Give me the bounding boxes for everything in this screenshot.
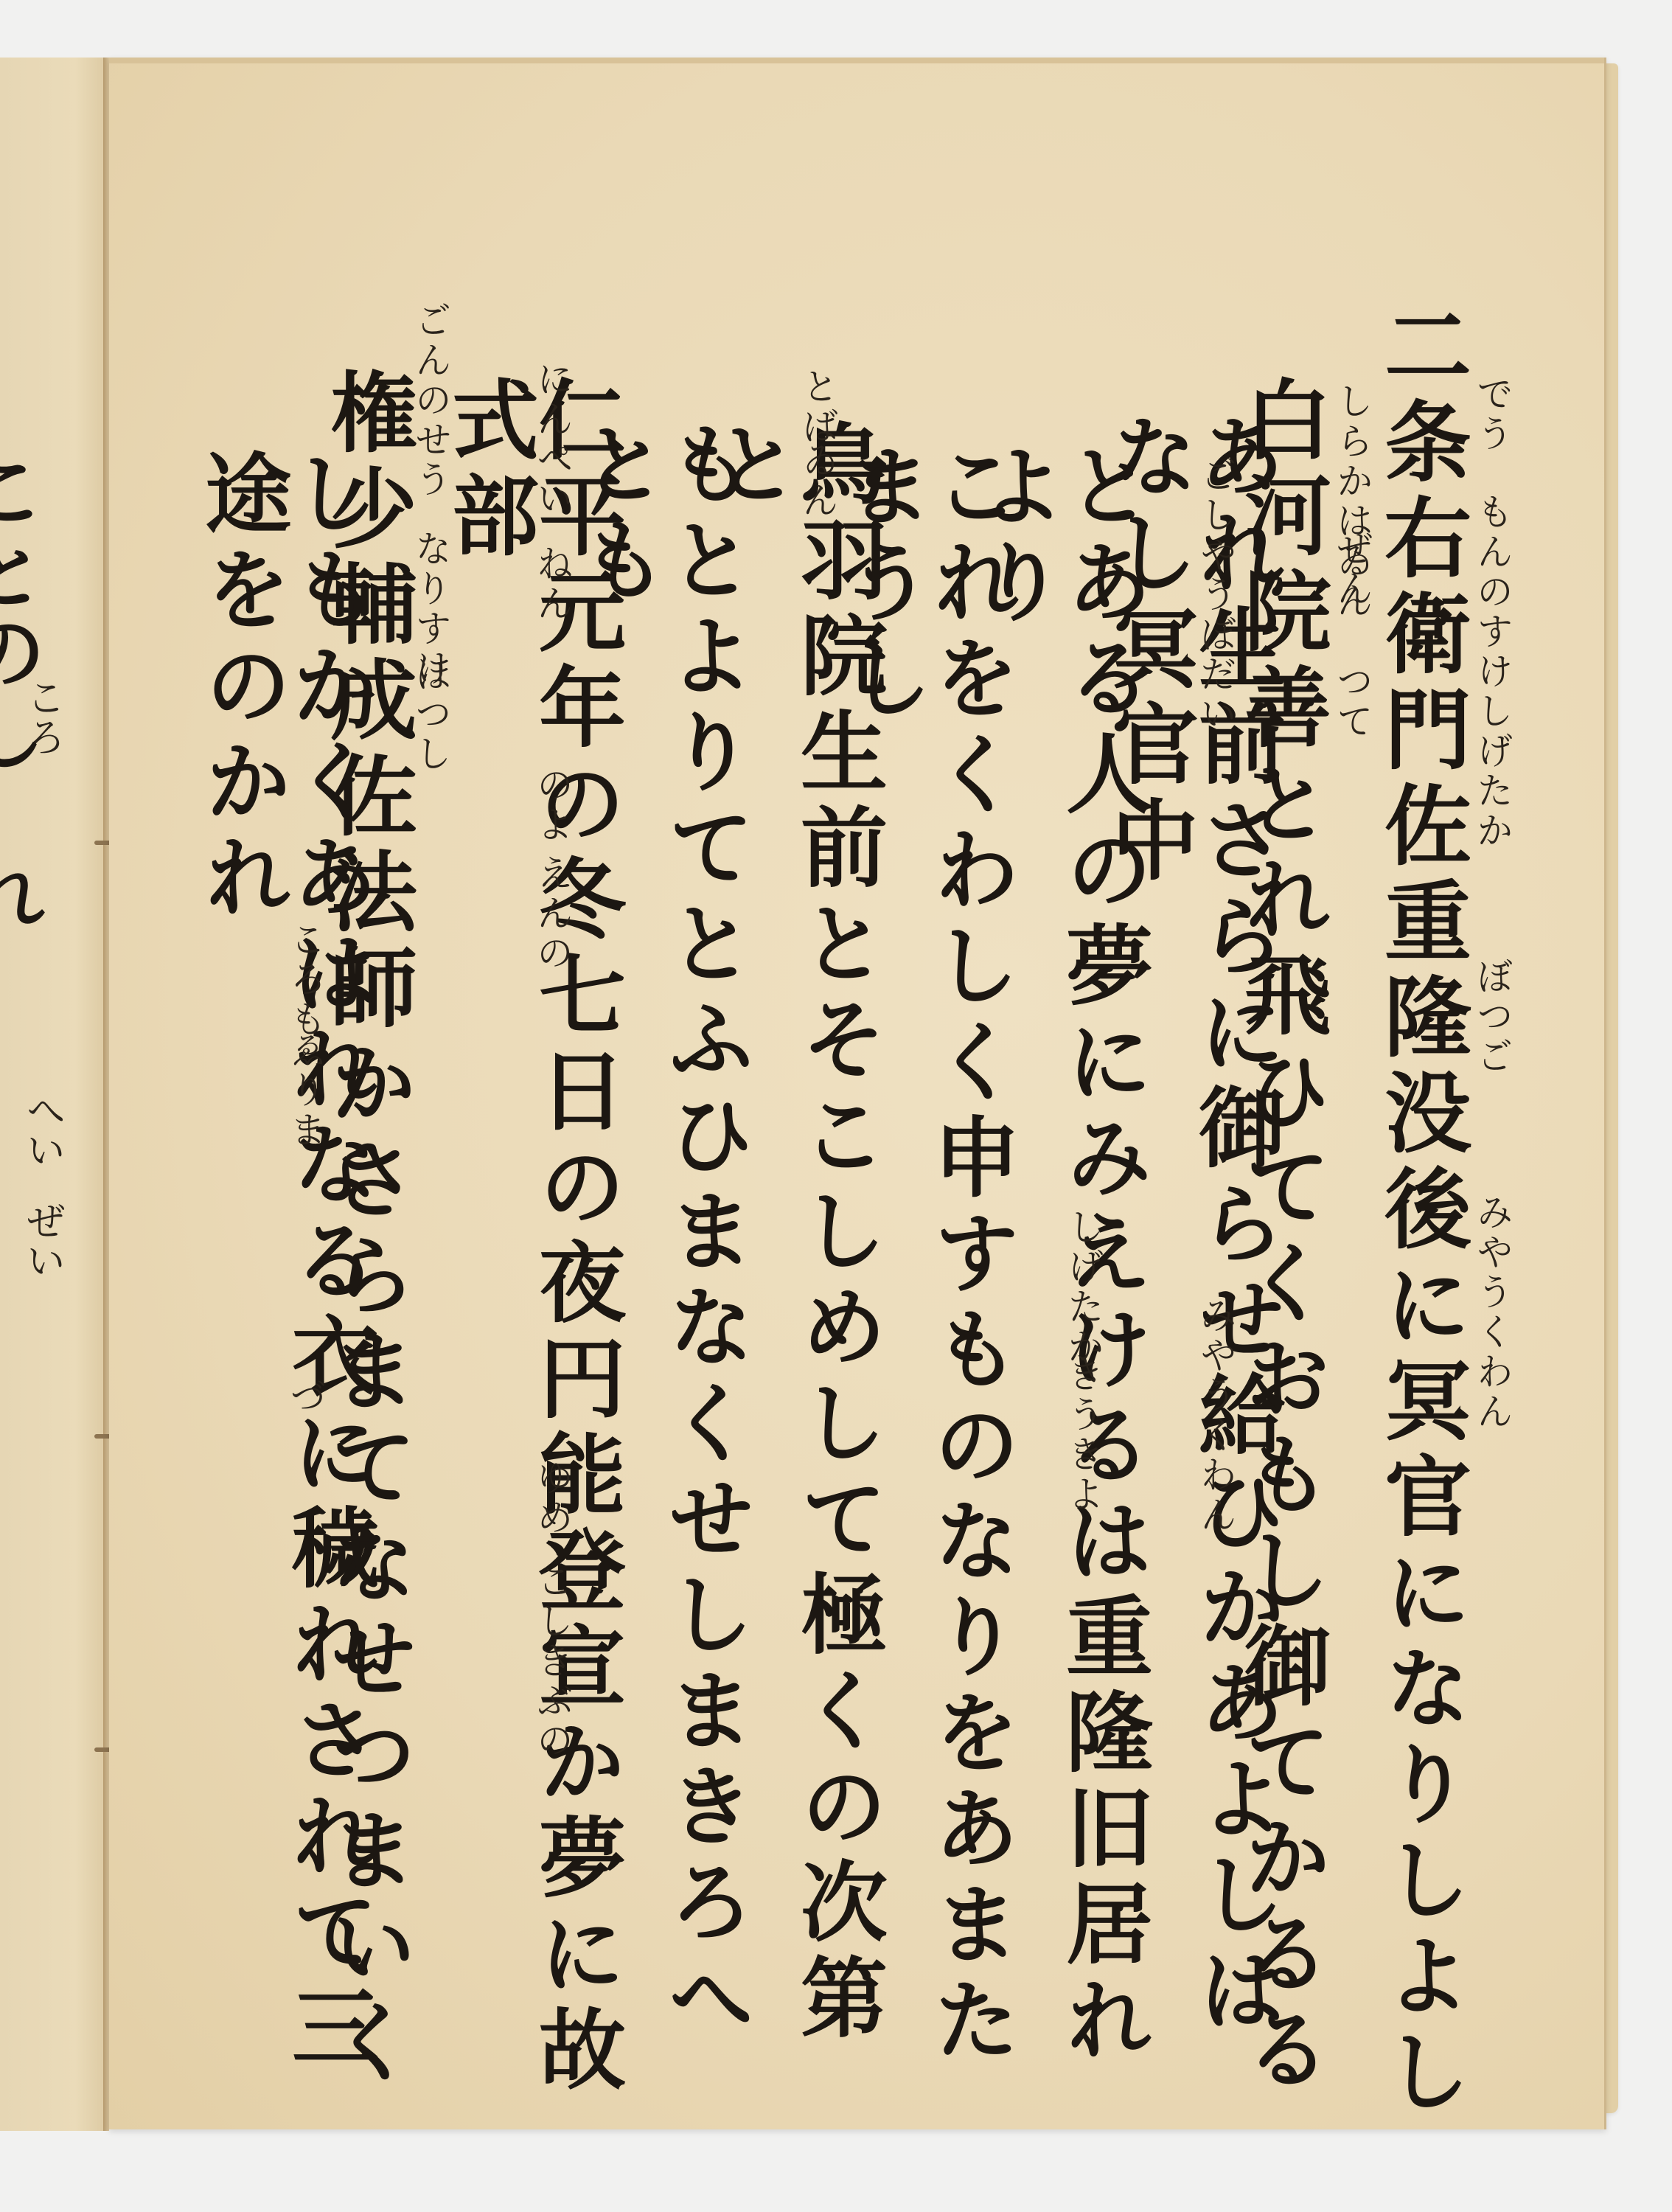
left-page-ruby-2: へい	[15, 1090, 72, 1169]
ruby-column-2b: ぜん	[1326, 529, 1379, 609]
ruby-column-8f: こしきぶの	[526, 1562, 579, 1761]
ruby-column-1a: でう	[1466, 375, 1519, 454]
ruby-column-2c: つて	[1326, 662, 1379, 742]
ruby-column-4a: しげたか	[1056, 1208, 1110, 1367]
ruby-column-9c: ほつし	[404, 655, 457, 774]
ruby-column-8d: えんの	[526, 854, 579, 973]
ruby-column-8a: にんぺい	[526, 360, 579, 519]
ruby-column-8c: のよ	[526, 765, 579, 845]
left-page-ruby-3: ぜい	[15, 1200, 72, 1280]
ruby-column-10b: ゑりま	[279, 1031, 332, 1150]
ruby-column-6a: とば	[791, 367, 844, 447]
ruby-column-10a: ころも	[279, 920, 332, 1040]
ruby-column-1c: ぼつご	[1466, 957, 1519, 1077]
right-page: 二条右衛門佐重隆没後に冥官になりしよし でう もんのすけしげたか ぼつご みやう…	[109, 58, 1606, 2129]
ruby-column-4b: きうきよ	[1056, 1355, 1110, 1514]
page-top-edge	[109, 58, 1604, 63]
ruby-column-1d: みやうくわん	[1466, 1193, 1519, 1432]
text-column-1: 二条右衛門佐重隆没後に冥官になりしよし	[1377, 301, 1464, 2122]
left-page-main-text: …ことのし…れ	[0, 367, 58, 935]
ruby-column-9a: ごんのせう	[404, 301, 457, 500]
ruby-column-6b: ゐん	[791, 441, 844, 521]
ruby-column-3b: みやうくわん	[1189, 1296, 1242, 1535]
ruby-column-8b: ねん	[526, 544, 579, 624]
text-column-10: しもかくあはれなる衣に穢れされて三途をのかれ	[198, 448, 372, 2129]
book-spine	[103, 58, 109, 2131]
text-column-8: 仁平元年の冬七日の夜円能登宣か夢に故式部	[445, 375, 619, 2129]
ruby-column-8e: ゆめ	[526, 1458, 579, 1538]
ruby-column-3a: ごしやうぼだい	[1189, 456, 1242, 734]
ruby-column-1b: もんのすけしげたか	[1466, 493, 1519, 851]
left-page: ころ へい ぜい …ことのし…れ	[0, 58, 108, 2131]
ruby-column-10c: づ	[279, 1377, 332, 1417]
